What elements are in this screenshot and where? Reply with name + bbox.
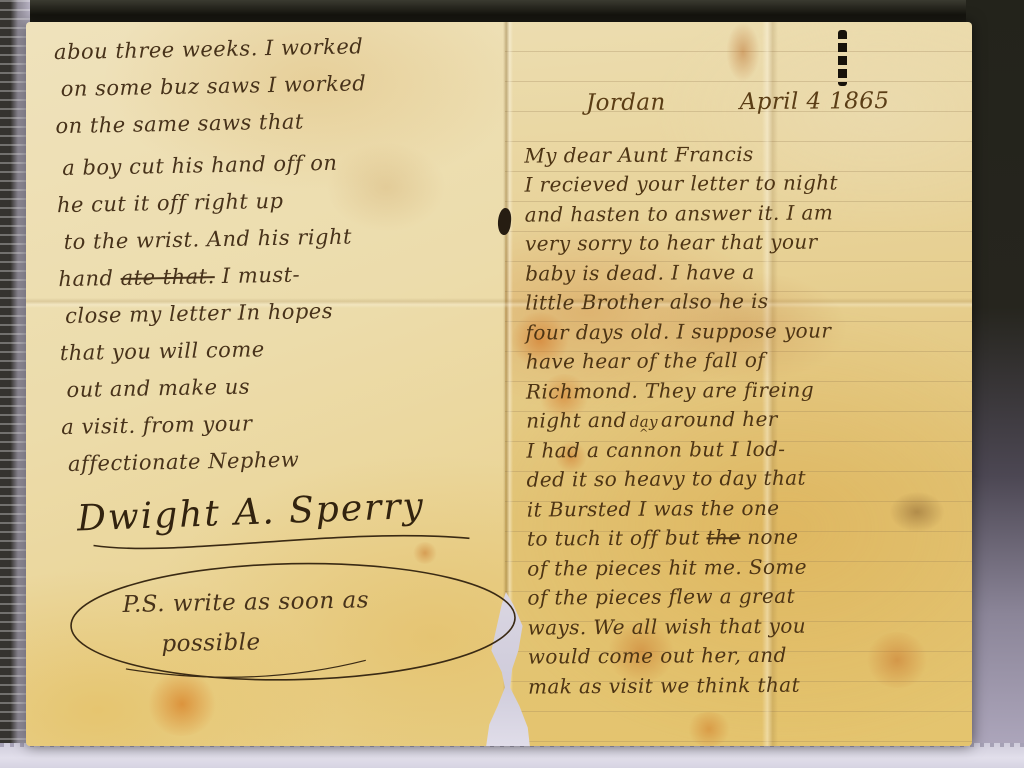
- handwritten-line: ded it so heavy to day that: [526, 462, 972, 495]
- struck-text: ate that.: [120, 264, 215, 290]
- postscript: P.S. write as soon as possible: [64, 553, 526, 694]
- handwritten-line: of the pieces hit me. Some: [527, 551, 972, 584]
- letter-heading: Jordan April 4 1865: [586, 86, 972, 118]
- handwritten-line: mak as visit we think that: [528, 669, 972, 702]
- handwritten-line: I had a cannon but I lod-: [526, 433, 972, 466]
- letter-photograph: abou three weeks. I worked on some buz s…: [0, 0, 1024, 768]
- handwritten-line: Richmond. They are fireing: [526, 374, 972, 407]
- background-right: [966, 0, 1024, 768]
- text-segment: none: [740, 525, 798, 549]
- handwritten-line-with-strikeout: to tuch it off but the none: [527, 521, 972, 554]
- handwritten-line: little Brother also he is: [525, 285, 972, 318]
- text-segment: I must-: [215, 263, 301, 289]
- handwritten-line: baby is dead. I have a: [525, 256, 972, 289]
- handwritten-line: it Bursted I was the one: [527, 492, 972, 525]
- handwritten-line: ways. We all wish that you: [528, 610, 972, 643]
- text-segment: night and: [526, 408, 627, 433]
- handwritten-line: and hasten to answer it. I am: [525, 197, 972, 230]
- handwritten-line: affectionate Nephew: [68, 438, 493, 483]
- left-page-text: abou three weeks. I worked on some buz s…: [54, 26, 497, 694]
- postscript-line: P.S. write as soon as: [122, 582, 369, 624]
- handwritten-line: of the pieces flew a great: [527, 580, 972, 613]
- postscript-line: possible: [161, 624, 261, 663]
- letter-paper: abou three weeks. I worked on some buz s…: [26, 22, 972, 746]
- handwritten-line-with-insert: night andday^around her: [526, 403, 972, 436]
- sleeve-edge-bottom: [0, 743, 1024, 768]
- text-segment: to tuch it off but: [527, 525, 707, 550]
- ink-mark: [838, 30, 847, 86]
- handwritten-line: on the same saws that: [55, 100, 486, 145]
- right-page-text: Jordan April 4 1865 My dear Aunt Francis…: [524, 86, 972, 701]
- struck-text: the: [706, 525, 740, 549]
- text-segment: hand: [58, 266, 121, 291]
- handwritten-line: I recieved your letter to night: [524, 167, 972, 200]
- text-segment: around her: [661, 407, 778, 432]
- insert-caret: ^: [639, 427, 649, 439]
- heading-place: Jordan: [586, 89, 666, 119]
- handwritten-line: very sorry to hear that your: [525, 226, 972, 259]
- handwritten-line: four days old. I suppose your: [525, 315, 972, 348]
- salutation-line: My dear Aunt Francis: [524, 138, 972, 171]
- heading-date: April 4 1865: [740, 87, 890, 118]
- inserted-word: day^: [630, 415, 658, 439]
- handwritten-line: would come out her, and: [528, 639, 972, 672]
- handwritten-line: have hear of the fall of: [526, 344, 972, 377]
